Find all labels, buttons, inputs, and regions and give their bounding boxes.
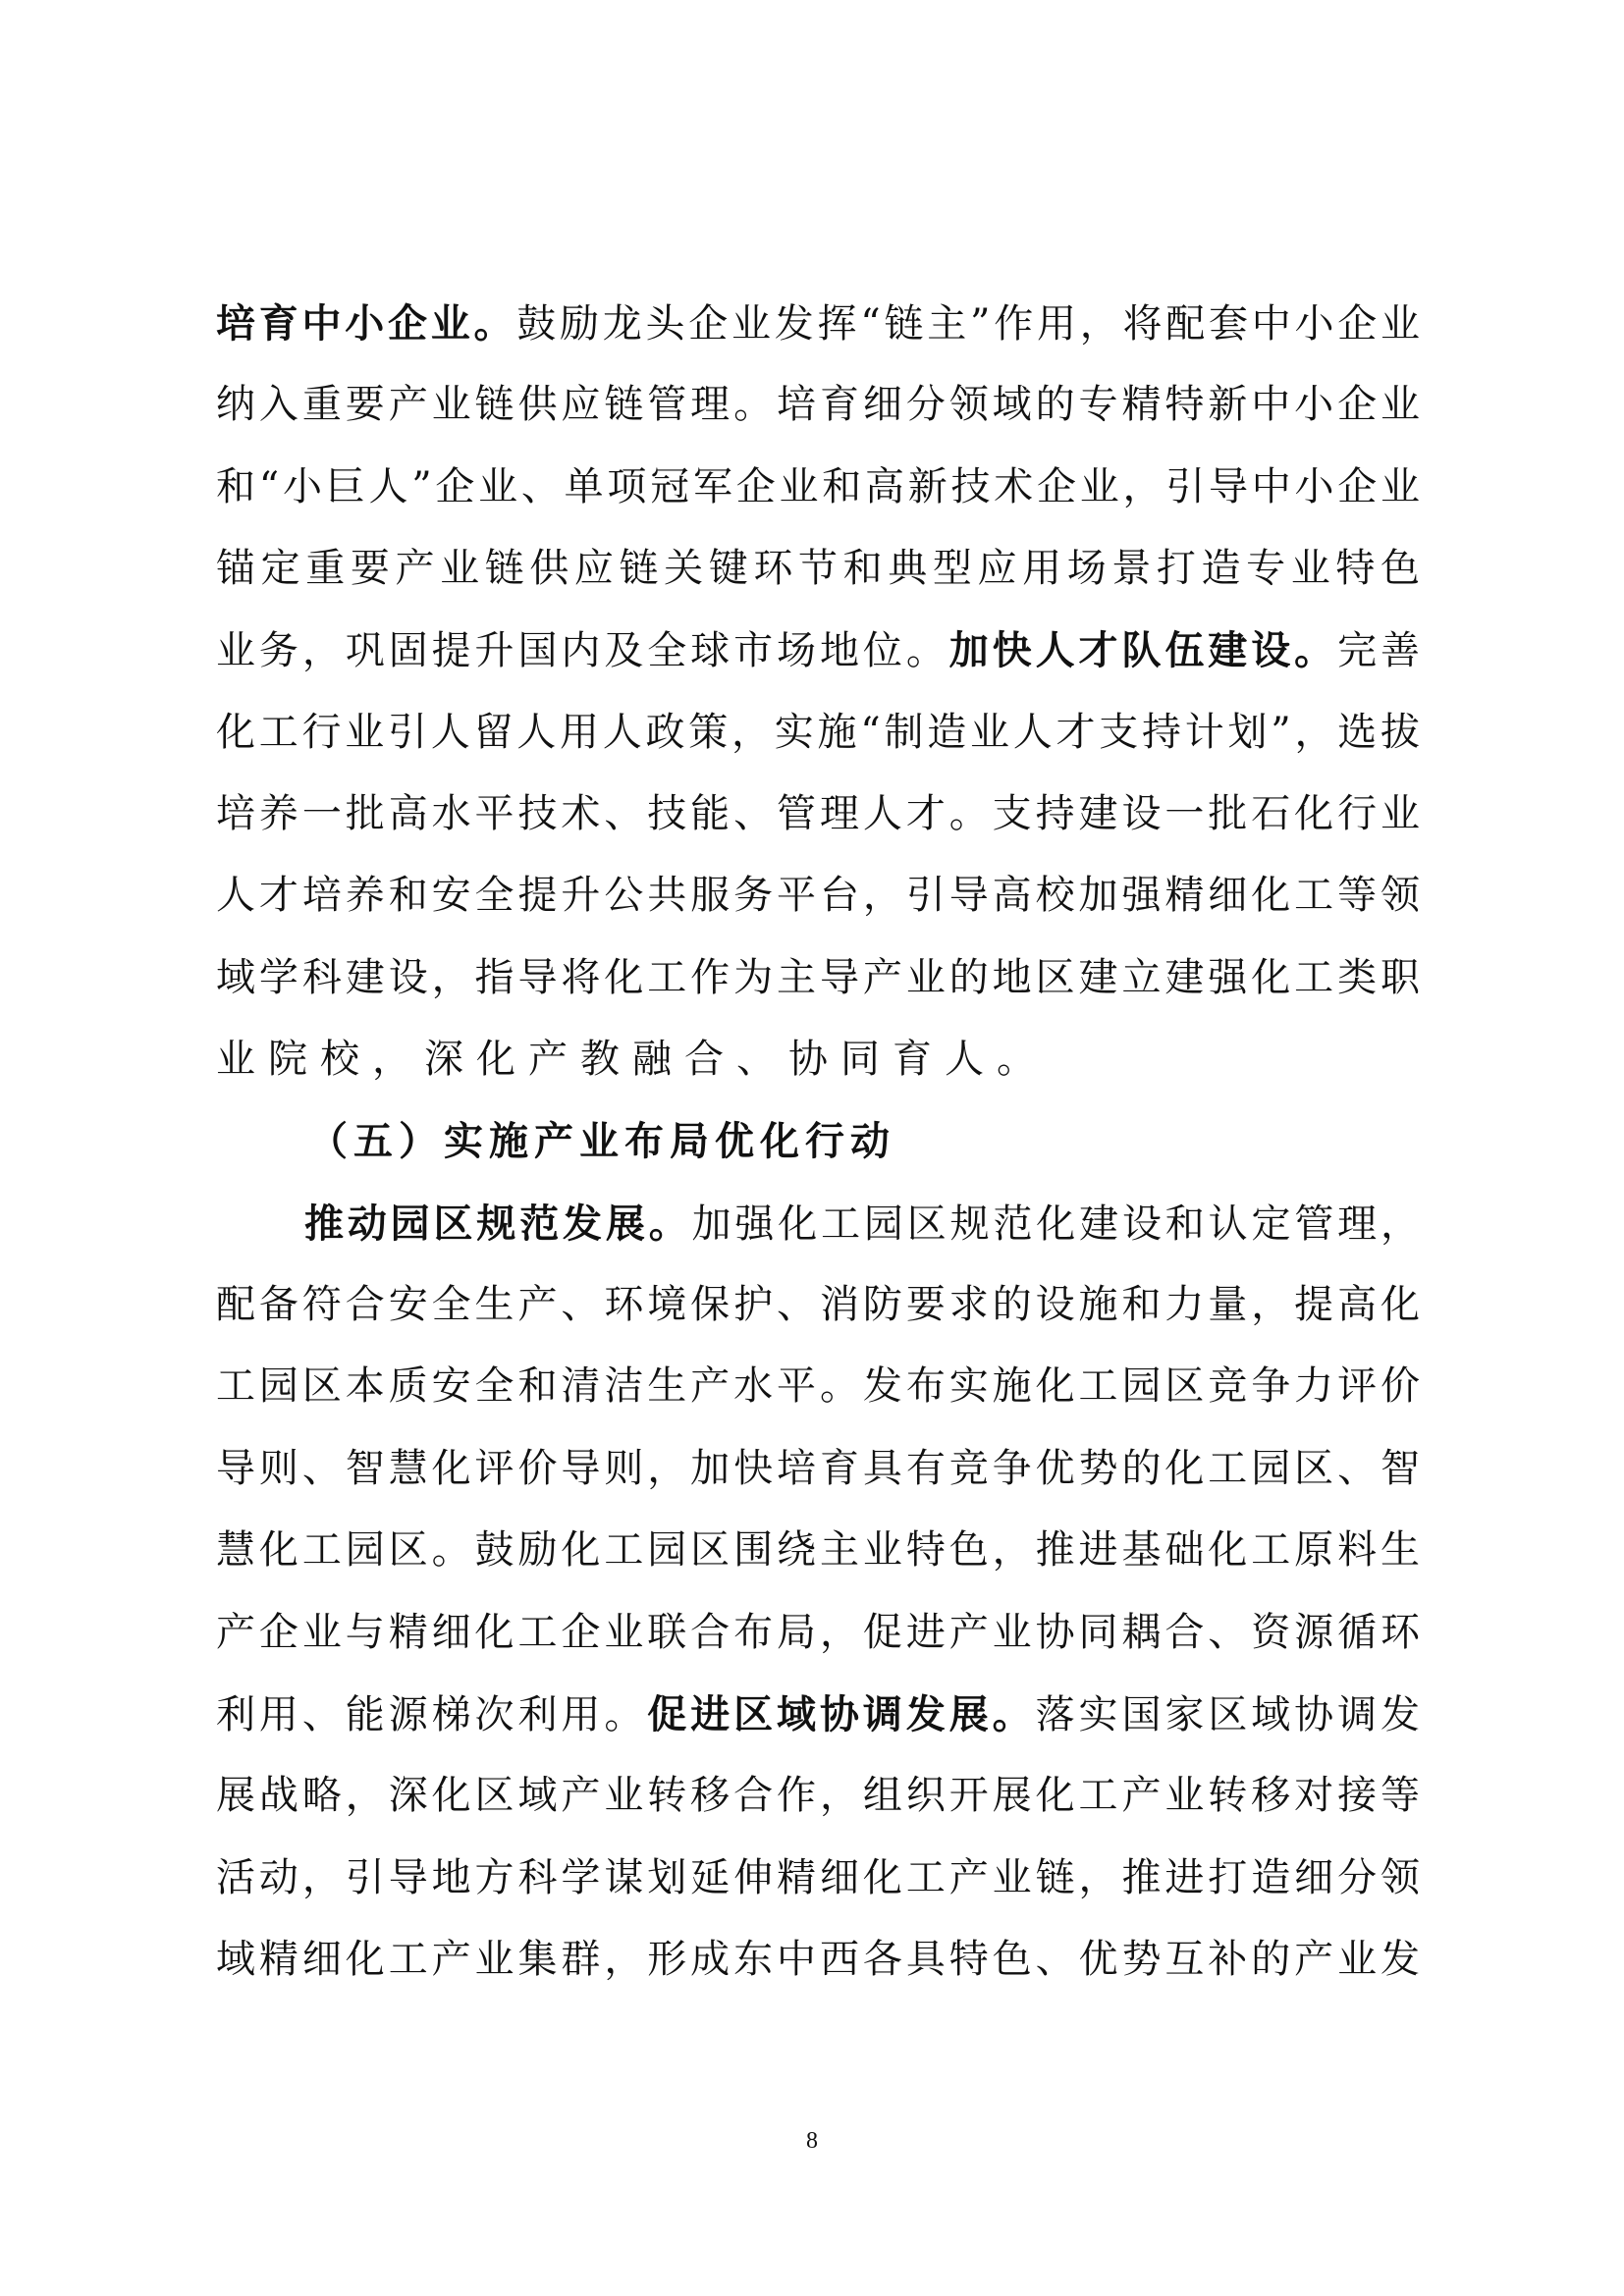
- text-segment: 人才培养和安全提升公共服务平台，引导高校加强精细化工等领: [216, 873, 1420, 918]
- text-segment: 活动，引导地方科学谋划延伸精细化工产业链，推进打造细分领: [216, 1855, 1420, 1900]
- text-line: 活动，引导地方科学谋划延伸精细化工产业链，推进打造细分领: [216, 1838, 1420, 1919]
- text-line: 化工行业引人留人用人政策，实施“制造业人才支持计划”，选拔: [216, 692, 1420, 774]
- text-segment: 锚定重要产业链供应链关键环节和典型应用场景打造专业特色: [216, 546, 1420, 591]
- text-segment: 慧化工园区。鼓励化工园区围绕主业特色，推进基础化工原料生: [216, 1527, 1420, 1573]
- text-line: 配备符合安全生产、环境保护、消防要求的设施和力量，提高化: [216, 1264, 1420, 1346]
- body-text: 培育中小企业。鼓励龙头企业发挥“链主”作用，将配套中小企业纳入重要产业链供应链管…: [216, 283, 1420, 2001]
- text-segment: 鼓励龙头企业发挥“链主”作用，将配套中小企业: [516, 301, 1420, 347]
- text-line: 推动园区规范发展。加强化工园区规范化建设和认定管理，: [216, 1183, 1420, 1264]
- text-line: 利用、能源梯次利用。促进区域协调发展。落实国家区域协调发: [216, 1674, 1420, 1755]
- page-number: 8: [0, 2128, 1624, 2155]
- text-line: 业院校，深化产教融合、协同育人。: [216, 1019, 1420, 1100]
- text-segment: 配备符合安全生产、环境保护、消防要求的设施和力量，提高化: [216, 1282, 1420, 1327]
- text-segment: 业务，巩固提升国内及全球市场地位。: [216, 628, 949, 673]
- bold-lead-phrase: 加快人才队伍建设。: [949, 627, 1337, 673]
- section-heading: （五）实施产业布局优化行动: [216, 1100, 1420, 1182]
- text-segment: 业院校，深化产教融合、协同育人。: [216, 1037, 1049, 1082]
- text-line: 导则、智慧化评价导则，加快培育具有竞争优势的化工园区、智: [216, 1428, 1420, 1510]
- text-segment: 培养一批高水平技术、技能、管理人才。支持建设一批石化行业: [216, 791, 1420, 836]
- text-segment: 展战略，深化区域产业转移合作，组织开展化工产业转移对接等: [216, 1773, 1420, 1818]
- text-segment: 完善: [1337, 628, 1420, 673]
- text-line: 锚定重要产业链供应链关键环节和典型应用场景打造专业特色: [216, 528, 1420, 610]
- text-line: 工园区本质安全和清洁生产水平。发布实施化工园区竞争力评价: [216, 1346, 1420, 1427]
- text-segment: 域学科建设，指导将化工作为主导产业的地区建立建强化工类职: [216, 955, 1420, 1000]
- text-segment: 和“小巨人”企业、单项冠军企业和高新技术企业，引导中小企业: [216, 464, 1420, 509]
- text-segment: 产企业与精细化工企业联合布局，促进产业协同耦合、资源循环: [216, 1610, 1420, 1655]
- text-segment: 化工行业引人留人用人政策，实施“制造业人才支持计划”，选拔: [216, 710, 1420, 755]
- bold-lead-phrase: 推动园区规范发展。: [304, 1201, 692, 1247]
- text-line: 人才培养和安全提升公共服务平台，引导高校加强精细化工等领: [216, 855, 1420, 936]
- document-page: 培育中小企业。鼓励龙头企业发挥“链主”作用，将配套中小企业纳入重要产业链供应链管…: [0, 0, 1624, 2296]
- text-segment: 纳入重要产业链供应链管理。培育细分领域的专精特新中小企业: [216, 382, 1420, 427]
- text-line: 展战略，深化区域产业转移合作，组织开展化工产业转移对接等: [216, 1755, 1420, 1837]
- text-segment: 落实国家区域协调发: [1036, 1692, 1420, 1737]
- bold-lead-phrase: （五）实施产业布局优化行动: [308, 1118, 895, 1164]
- text-line: 和“小巨人”企业、单项冠军企业和高新技术企业，引导中小企业: [216, 447, 1420, 528]
- text-segment: 加强化工园区规范化建设和认定管理，: [692, 1201, 1420, 1247]
- text-segment: 利用、能源梯次利用。: [216, 1692, 647, 1737]
- text-line: 域精细化工产业集群，形成东中西各具特色、优势互补的产业发: [216, 1919, 1420, 2001]
- text-line: 培育中小企业。鼓励龙头企业发挥“链主”作用，将配套中小企业: [216, 283, 1420, 364]
- text-line: 业务，巩固提升国内及全球市场地位。加快人才队伍建设。完善: [216, 610, 1420, 691]
- text-line: 纳入重要产业链供应链管理。培育细分领域的专精特新中小企业: [216, 364, 1420, 446]
- text-line: 慧化工园区。鼓励化工园区围绕主业特色，推进基础化工原料生: [216, 1510, 1420, 1591]
- text-segment: 域精细化工产业集群，形成东中西各具特色、优势互补的产业发: [216, 1937, 1420, 1982]
- text-line: 域学科建设，指导将化工作为主导产业的地区建立建强化工类职: [216, 937, 1420, 1019]
- bold-lead-phrase: 促进区域协调发展。: [647, 1691, 1035, 1737]
- text-segment: 导则、智慧化评价导则，加快培育具有竞争优势的化工园区、智: [216, 1446, 1420, 1491]
- bold-lead-phrase: 培育中小企业。: [216, 300, 516, 347]
- text-line: 产企业与精细化工企业联合布局，促进产业协同耦合、资源循环: [216, 1592, 1420, 1674]
- text-line: 培养一批高水平技术、技能、管理人才。支持建设一批石化行业: [216, 774, 1420, 855]
- text-segment: 工园区本质安全和清洁生产水平。发布实施化工园区竞争力评价: [216, 1363, 1420, 1409]
